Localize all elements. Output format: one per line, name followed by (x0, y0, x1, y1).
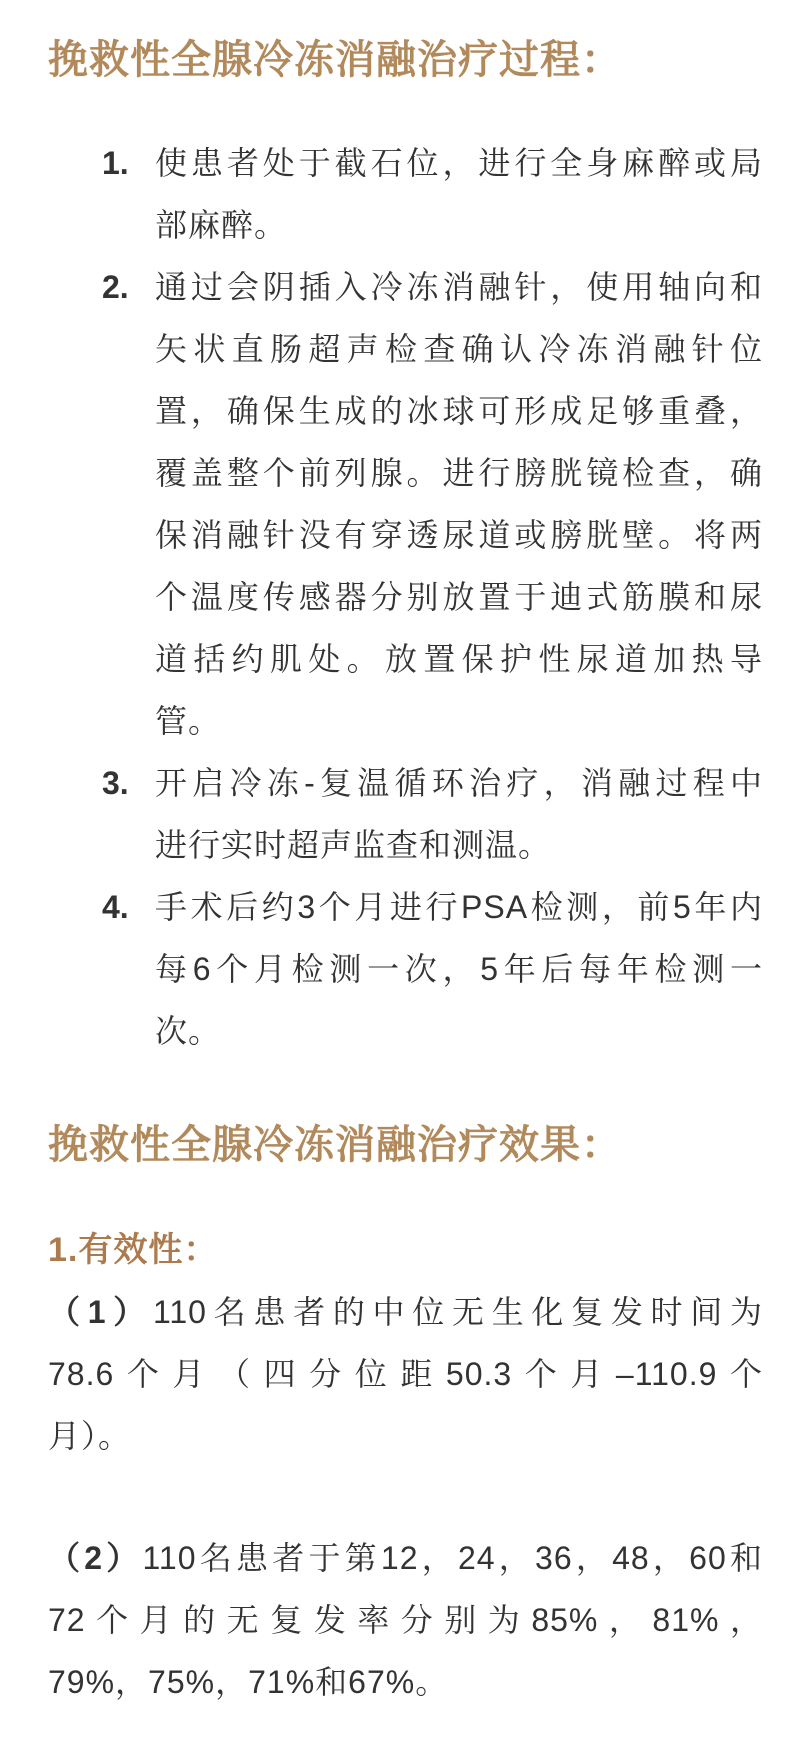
para-line-text: 110名患者的中位无生化复发时间为 (153, 1294, 763, 1330)
item-line: 覆盖整个前列腺。进行膀胱镜检查，确 (155, 442, 763, 504)
para-number-prefix: （1） (48, 1294, 153, 1330)
para-number-prefix: （2） (48, 1540, 143, 1576)
item-line: 保消融针没有穿透尿道或膀胱壁。将两 (155, 504, 763, 566)
item-number: 4. (102, 876, 129, 938)
result-paragraph-2: （2）110名患者于第12，24，36，48，60和 72个月的无复发率分别为8… (48, 1527, 763, 1713)
process-list: 1. 使患者处于截石位，进行全身麻醉或局 部麻醉。 2. 通过会阴插入冷冻消融针… (48, 132, 763, 1062)
item-line: 通过会阴插入冷冻消融针，使用轴向和 (155, 256, 763, 318)
effectiveness-heading: 1.有效性： (48, 1219, 763, 1281)
item-line: 道括约肌处。放置保护性尿道加热导 (155, 628, 763, 690)
para-line-text: 110名患者于第12，24，36，48，60和 (143, 1540, 763, 1576)
para-line: 78.6个月（四分位距50.3个月–110.9个 (48, 1343, 763, 1405)
item-line: 次。 (155, 1000, 763, 1062)
article-body: 挽救性全腺冷冻消融治疗过程： 1. 使患者处于截石位，进行全身麻醉或局 部麻醉。… (0, 0, 800, 1738)
item-line: 进行实时超声监查和测温。 (155, 814, 763, 876)
process-item-2: 2. 通过会阴插入冷冻消融针，使用轴向和 矢状直肠超声检查确认冷冻消融针位 置，… (48, 256, 763, 752)
item-line: 部麻醉。 (155, 194, 763, 256)
item-line: 开启冷冻-复温循环治疗，消融过程中 (155, 752, 763, 814)
para-line: 79%，75%，71%和67%。 (48, 1651, 763, 1713)
section-title-process: 挽救性全腺冷冻消融治疗过程： (48, 32, 763, 88)
para-line: （1）110名患者的中位无生化复发时间为 (48, 1281, 763, 1343)
para-line: （2）110名患者于第12，24，36，48，60和 (48, 1527, 763, 1589)
section-title-results: 挽救性全腺冷冻消融治疗效果： (48, 1117, 763, 1173)
process-item-4: 4. 手术后约3个月进行PSA检测，前5年内 每6个月检测一次，5年后每年检测一… (48, 876, 763, 1062)
item-line: 管。 (155, 690, 763, 752)
item-line: 每6个月检测一次，5年后每年检测一 (155, 938, 763, 1000)
item-number: 3. (102, 752, 129, 814)
para-line: 月）。 (48, 1405, 763, 1467)
item-number: 2. (102, 256, 129, 318)
item-line: 置，确保生成的冰球可形成足够重叠， (155, 380, 763, 442)
process-item-3: 3. 开启冷冻-复温循环治疗，消融过程中 进行实时超声监查和测温。 (48, 752, 763, 876)
item-line: 手术后约3个月进行PSA检测，前5年内 (155, 876, 763, 938)
item-line: 矢状直肠超声检查确认冷冻消融针位 (155, 318, 763, 380)
item-line: 使患者处于截石位，进行全身麻醉或局 (155, 132, 763, 194)
page: { "colors": { "section_title": "#b1895b"… (0, 0, 800, 1738)
item-line: 个温度传感器分别放置于迪式筋膜和尿 (155, 566, 763, 628)
item-number: 1. (102, 132, 129, 194)
para-line: 72个月的无复发率分别为85%，81%， (48, 1589, 763, 1651)
result-paragraph-1: （1）110名患者的中位无生化复发时间为 78.6个月（四分位距50.3个月–1… (48, 1281, 763, 1467)
process-item-1: 1. 使患者处于截石位，进行全身麻醉或局 部麻醉。 (48, 132, 763, 256)
